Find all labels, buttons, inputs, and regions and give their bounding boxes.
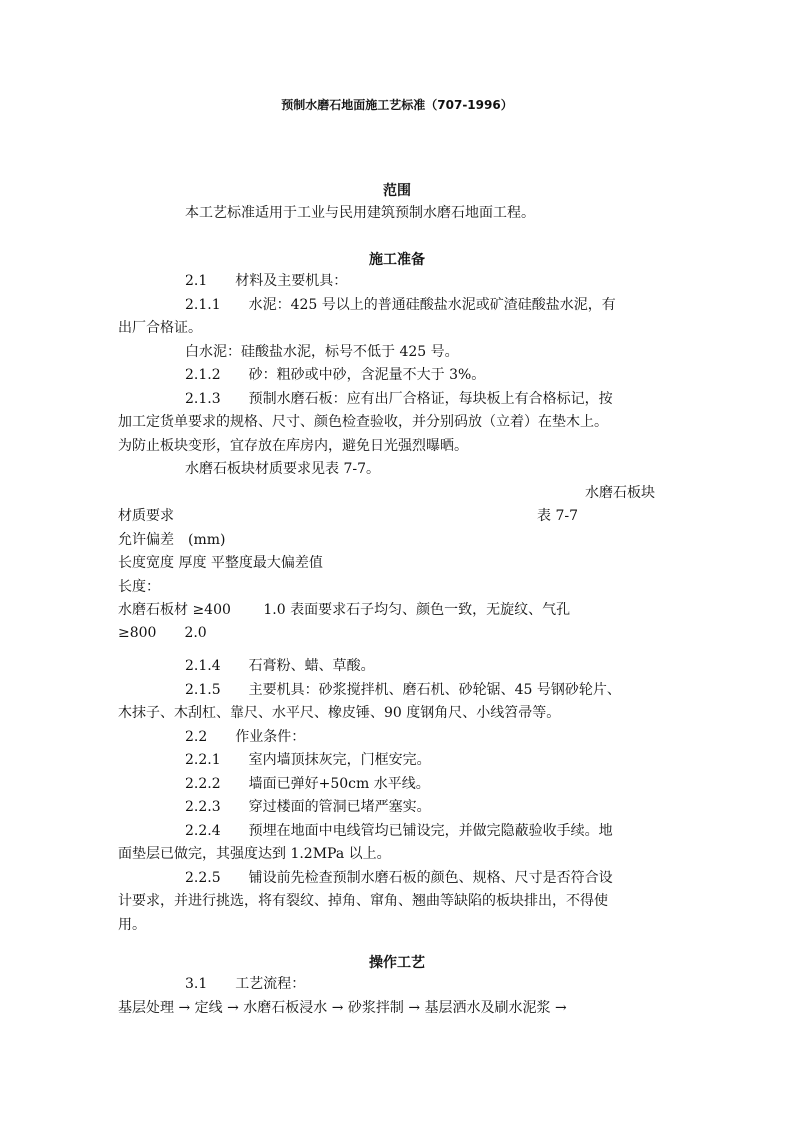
- document-title: 预制水磨石地面施工艺标准（707-1996）: [0, 96, 794, 113]
- document-page: 预制水磨石地面施工艺标准（707-1996） 范围 本工艺标准适用于工业与民用建…: [0, 0, 794, 1123]
- section-heading-ops: 操作工艺: [0, 952, 794, 972]
- section-heading-scope: 范围: [0, 180, 794, 200]
- process-flow: 基层处理 → 定线 → 水磨石板浸水 → 砂浆拌制 → 基层洒水及刷水泥浆 →: [118, 999, 567, 1017]
- para-2-1-2: 2.1.2 砂：粗砂或中砂，含泥量不大于 3%。: [185, 366, 485, 384]
- table-number: 表 7-7: [537, 507, 578, 525]
- table-header-row: 长度宽度 厚度 平整度最大偏差值: [118, 554, 323, 572]
- section-heading-prep: 施工准备: [0, 249, 794, 269]
- para-white-cement: 白水泥：硅酸盐水泥，标号不低于 425 号。: [185, 343, 459, 361]
- table-sub-header: 长度：: [118, 578, 160, 596]
- para-table-ref: 水磨石板块材质要求见表 7-7。: [185, 460, 380, 478]
- para-2-2-3: 2.2.3 穿过楼面的管洞已堵严塞实。: [185, 798, 431, 816]
- para-2-1-1-cont: 出厂合格证。: [118, 319, 202, 337]
- para-2-2-2: 2.2.2 墙面已弹好+50cm 水平线。: [185, 775, 430, 793]
- para-2-2-4: 2.2.4 预埋在地面中电线管均已铺设完，并做完隐蔽验收手续。地: [185, 822, 613, 840]
- table-row-2: ≥800 2.0: [118, 624, 207, 642]
- para-2-2-5-cont2: 用。: [118, 916, 146, 934]
- para-2-1-1: 2.1.1 水泥：425 号以上的普通硅酸盐水泥或矿渣硅酸盐水泥，有: [185, 296, 616, 314]
- table-unit-row: 允许偏差 (mm): [118, 531, 225, 549]
- table-row-1: 水磨石板材 ≥400 1.0 表面要求石子均匀、颜色一致，无旋纹、气孔: [118, 601, 570, 619]
- table-caption-right: 水磨石板块: [585, 484, 655, 502]
- para-2-1-5-cont: 木抹子、木刮杠、靠尺、水平尺、橡皮锤、90 度钢角尺、小线笤帚等。: [118, 704, 560, 722]
- para-2-1-4: 2.1.4 石膏粉、蜡、草酸。: [185, 657, 375, 675]
- para-2-1-3-cont1: 加工定货单要求的规格、尺寸、颜色检查验收，并分别码放（立着）在垫木上。: [118, 413, 608, 431]
- para-2-2-5: 2.2.5 铺设前先检查预制水磨石板的颜色、规格、尺寸是否符合设: [185, 869, 613, 887]
- para-2-1: 2.1 材料及主要机具：: [185, 272, 347, 290]
- para-2-2-5-cont1: 计要求，并进行挑选，将有裂纹、掉角、窜角、翘曲等缺陷的板块排出，不得使: [118, 892, 608, 910]
- para-2-1-5: 2.1.5 主要机具：砂浆搅拌机、磨石机、砂轮锯、45 号钢砂轮片、: [185, 681, 621, 699]
- para-2-2-4-cont: 面垫层已做完，其强度达到 1.2MPa 以上。: [118, 845, 391, 863]
- para-2-2-1: 2.2.1 室内墙顶抹灰完，门框安完。: [185, 751, 431, 769]
- scope-text: 本工艺标准适用于工业与民用建筑预制水磨石地面工程。: [185, 204, 535, 222]
- para-3-1: 3.1 工艺流程：: [185, 975, 305, 993]
- table-caption-left: 材质要求: [118, 507, 174, 525]
- para-2-1-3: 2.1.3 预制水磨石板：应有出厂合格证，每块板上有合格标记，按: [185, 390, 613, 408]
- para-2-1-3-cont2: 为防止板块变形，宜存放在库房内，避免日光强烈曝晒。: [118, 437, 468, 455]
- para-2-2: 2.2 作业条件：: [185, 728, 305, 746]
